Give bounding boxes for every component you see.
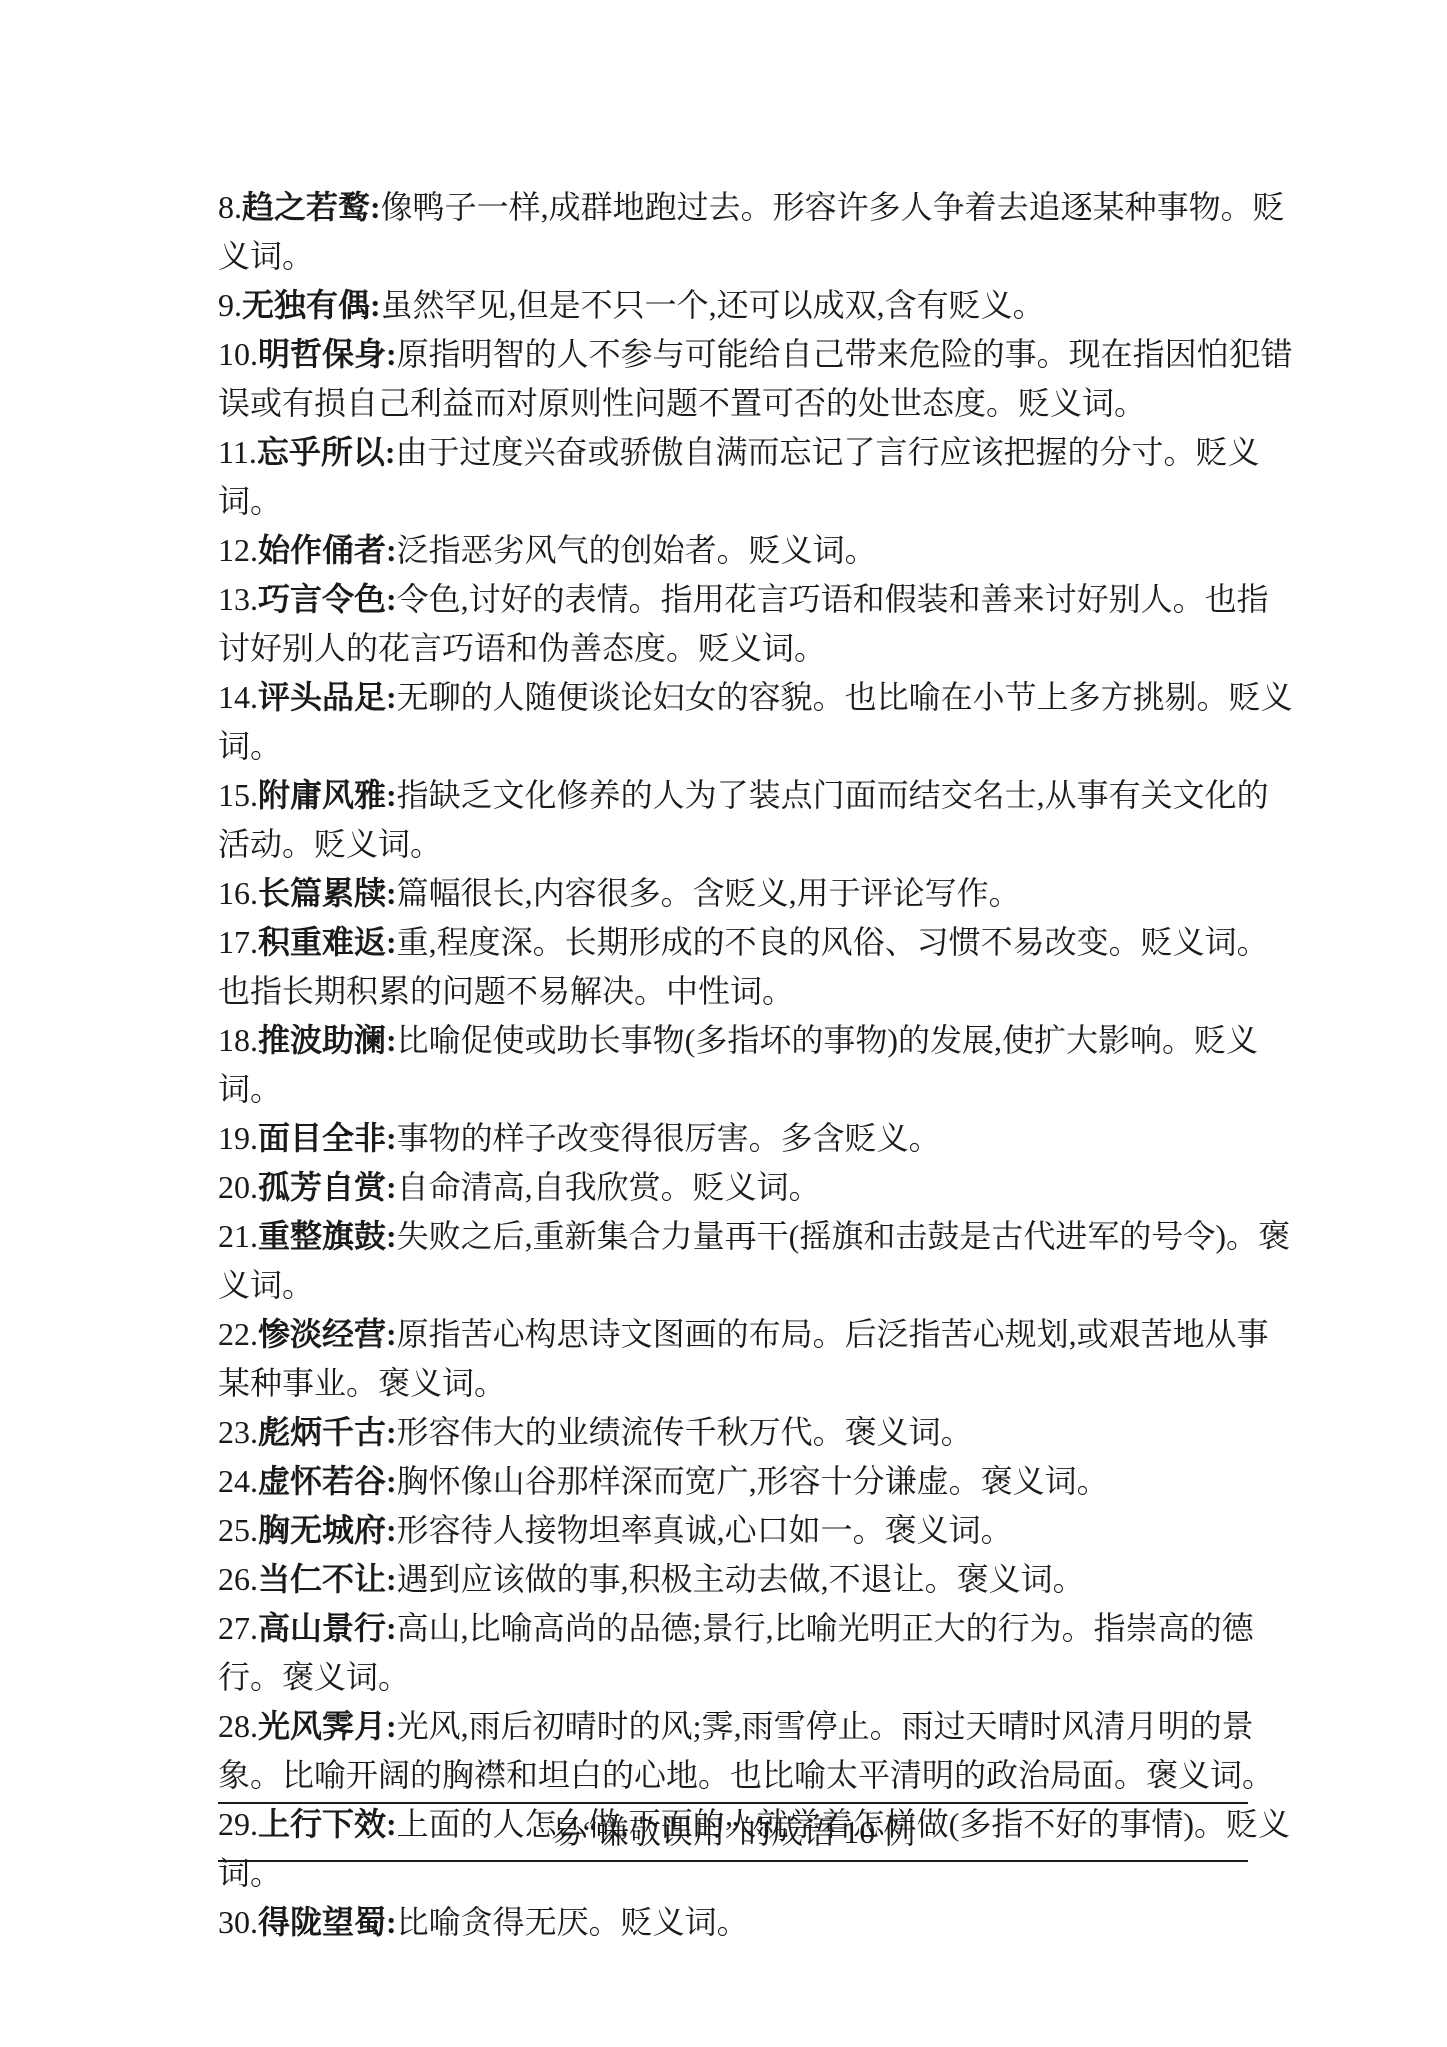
idiom-definition: 自命清高,自我欣赏。贬义词。: [397, 1169, 821, 1205]
idiom-entry: 20.孤芳自赏:自命清高,自我欣赏。贬义词。: [218, 1163, 1294, 1212]
idiom-number: 27.: [218, 1610, 258, 1646]
idiom-term: 明哲保身:: [258, 336, 397, 372]
idiom-entry: 10.明哲保身:原指明智的人不参与可能给自己带来危险的事。现在指因怕犯错误或有损…: [218, 330, 1294, 428]
idiom-entry: 22.惨淡经营:原指苦心构思诗文图画的布局。后泛指苦心规划,或艰苦地从事某种事业…: [218, 1310, 1294, 1408]
idiom-term: 当仁不让:: [258, 1561, 397, 1597]
idiom-number: 22.: [218, 1316, 258, 1352]
idiom-term: 得陇望蜀:: [258, 1904, 397, 1940]
idiom-definition: 泛指恶劣风气的创始者。贬义词。: [397, 532, 877, 568]
idiom-number: 15.: [218, 777, 258, 813]
idiom-list: 8.趋之若鹜:像鸭子一样,成群地跑过去。形容许多人争着去追逐某种事物。贬义词。 …: [218, 183, 1294, 1947]
idiom-term: 附庸风雅:: [258, 777, 397, 813]
idiom-number: 26.: [218, 1561, 258, 1597]
idiom-number: 12.: [218, 532, 258, 568]
idiom-term: 面目全非:: [258, 1120, 397, 1156]
idiom-entry: 16.长篇累牍:篇幅很长,内容很多。含贬义,用于评论写作。: [218, 869, 1294, 918]
idiom-term: 重整旗鼓:: [258, 1218, 397, 1254]
idiom-entry: 12.始作俑者:泛指恶劣风气的创始者。贬义词。: [218, 526, 1294, 575]
idiom-number: 28.: [218, 1708, 258, 1744]
idiom-definition: 胸怀像山谷那样深而宽广,形容十分谦虚。褒义词。: [397, 1463, 1109, 1499]
idiom-term: 虚怀若谷:: [258, 1463, 397, 1499]
idiom-entry: 21.重整旗鼓:失败之后,重新集合力量再干(摇旗和击鼓是古代进军的号令)。褒义词…: [218, 1212, 1294, 1310]
document-page: 8.趋之若鹜:像鸭子一样,成群地跑过去。形容许多人争着去追逐某种事物。贬义词。 …: [0, 0, 1447, 2047]
idiom-entry: 30.得陇望蜀:比喻贪得无厌。贬义词。: [218, 1898, 1294, 1947]
idiom-number: 24.: [218, 1463, 258, 1499]
idiom-entry: 13.巧言令色:令色,讨好的表情。指用花言巧语和假装和善来讨好别人。也指讨好别人…: [218, 575, 1294, 673]
idiom-entry: 14.评头品足:无聊的人随便谈论妇女的容貌。也比喻在小节上多方挑剔。贬义词。: [218, 673, 1294, 771]
idiom-term: 巧言令色:: [258, 581, 397, 617]
idiom-definition: 比喻贪得无厌。贬义词。: [397, 1904, 749, 1940]
idiom-term: 始作俑者:: [258, 532, 397, 568]
idiom-definition: 虽然罕见,但是不只一个,还可以成双,含有贬义。: [381, 287, 1045, 323]
idiom-entry: 27.高山景行:高山,比喻高尚的品德;景行,比喻光明正大的行为。指崇高的德行。褒…: [218, 1604, 1294, 1702]
idiom-number: 23.: [218, 1414, 258, 1450]
idiom-entry: 8.趋之若鹜:像鸭子一样,成群地跑过去。形容许多人争着去追逐某种事物。贬义词。: [218, 183, 1294, 281]
idiom-number: 17.: [218, 924, 258, 960]
idiom-entry: 17.积重难返:重,程度深。长期形成的不良的风俗、习惯不易改变。贬义词。也指长期…: [218, 918, 1294, 1016]
idiom-entry: 15.附庸风雅:指缺乏文化修养的人为了装点门面而结交名士,从事有关文化的活动。贬…: [218, 771, 1294, 869]
idiom-definition: 形容待人接物坦率真诚,心口如一。褒义词。: [397, 1512, 1013, 1548]
idiom-number: 11.: [218, 434, 257, 470]
idiom-number: 25.: [218, 1512, 258, 1548]
idiom-number: 14.: [218, 679, 258, 715]
idiom-definition: 事物的样子改变得很厉害。多含贬义。: [397, 1120, 941, 1156]
idiom-term: 长篇累牍:: [258, 875, 397, 911]
idiom-term: 评头品足:: [258, 679, 397, 715]
idiom-entry: 24.虚怀若谷:胸怀像山谷那样深而宽广,形容十分谦虚。褒义词。: [218, 1457, 1294, 1506]
idiom-number: 18.: [218, 1022, 258, 1058]
idiom-term: 高山景行:: [258, 1610, 397, 1646]
section-title: 易“谦敬误用”的成语 10 例: [218, 1804, 1248, 1860]
idiom-term: 惨淡经营:: [258, 1316, 397, 1352]
idiom-number: 19.: [218, 1120, 258, 1156]
idiom-number: 20.: [218, 1169, 258, 1205]
idiom-entry: 11.忘乎所以:由于过度兴奋或骄傲自满而忘记了言行应该把握的分寸。贬义词。: [218, 428, 1294, 526]
idiom-entry: 9.无独有偶:虽然罕见,但是不只一个,还可以成双,含有贬义。: [218, 281, 1294, 330]
idiom-number: 21.: [218, 1218, 258, 1254]
idiom-entry: 26.当仁不让:遇到应该做的事,积极主动去做,不退让。褒义词。: [218, 1555, 1294, 1604]
idiom-number: 9.: [218, 287, 242, 323]
idiom-term: 光风霁月:: [258, 1708, 397, 1744]
idiom-number: 10.: [218, 336, 258, 372]
idiom-term: 忘乎所以:: [257, 434, 396, 470]
idiom-term: 胸无城府:: [258, 1512, 397, 1548]
divider-bottom: [218, 1860, 1248, 1862]
idiom-term: 孤芳自赏:: [258, 1169, 397, 1205]
idiom-entry: 18.推波助澜:比喻促使或助长事物(多指坏的事物)的发展,使扩大影响。贬义词。: [218, 1016, 1294, 1114]
idiom-number: 30.: [218, 1904, 258, 1940]
idiom-number: 16.: [218, 875, 258, 911]
idiom-term: 积重难返:: [258, 924, 397, 960]
idiom-number: 8.: [218, 189, 242, 225]
idiom-term: 推波助澜:: [258, 1022, 397, 1058]
idiom-entry: 19.面目全非:事物的样子改变得很厉害。多含贬义。: [218, 1114, 1294, 1163]
idiom-definition: 篇幅很长,内容很多。含贬义,用于评论写作。: [397, 875, 1021, 911]
idiom-definition: 遇到应该做的事,积极主动去做,不退让。褒义词。: [397, 1561, 1085, 1597]
idiom-entry: 23.彪炳千古:形容伟大的业绩流传千秋万代。褒义词。: [218, 1408, 1294, 1457]
section-footer: 易“谦敬误用”的成语 10 例: [218, 1802, 1248, 1862]
idiom-term: 趋之若鹜:: [242, 189, 381, 225]
idiom-term: 无独有偶:: [242, 287, 381, 323]
idiom-number: 13.: [218, 581, 258, 617]
idiom-term: 彪炳千古:: [258, 1414, 397, 1450]
idiom-entry: 28.光风霁月:光风,雨后初晴时的风;霁,雨雪停止。雨过天晴时风清月明的景象。比…: [218, 1702, 1294, 1800]
idiom-entry: 25.胸无城府:形容待人接物坦率真诚,心口如一。褒义词。: [218, 1506, 1294, 1555]
idiom-definition: 形容伟大的业绩流传千秋万代。褒义词。: [397, 1414, 973, 1450]
